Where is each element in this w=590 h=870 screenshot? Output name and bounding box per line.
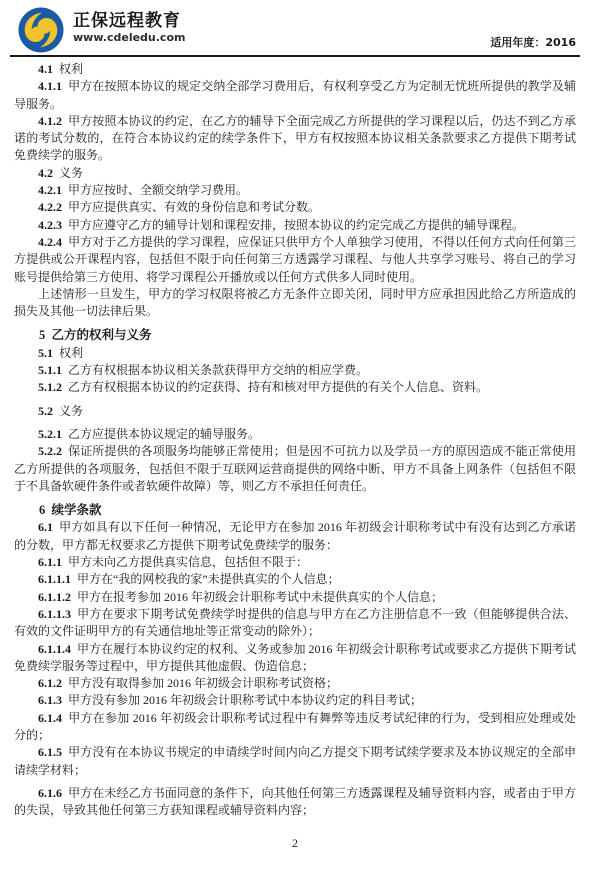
- clause-number: 5.1.1: [38, 363, 62, 377]
- clause-paragraph: 4.2 义务: [14, 165, 576, 182]
- clause-number: 6.1.3: [38, 693, 62, 707]
- applicable-year-label: 适用年度：2016: [490, 34, 576, 50]
- clause-paragraph: 上述情形一旦发生，甲方的学习权限将被乙方无条件立即关闭，同时甲方应承担因此给乙方…: [14, 286, 576, 321]
- brand-url: www.cdeledu.com: [73, 31, 185, 44]
- clause-paragraph: 5.1.1 乙方有权根据本协议相关条款获得甲方交纳的相应学费。: [14, 362, 576, 379]
- clause-paragraph: 4.1 权利: [14, 61, 576, 78]
- clause-paragraph: 5.2.1 乙方应提供本协议规定的辅导服务。: [14, 426, 576, 443]
- clause-number: 4.2.3: [38, 218, 62, 232]
- clause-number: 5.2: [38, 404, 53, 418]
- clause-paragraph: 6.1.4 甲方在参加 2016 年初级会计职称考试过程中有舞弊等违反考试纪律的…: [14, 710, 576, 745]
- clause-number: 4.2: [38, 166, 53, 180]
- clause-paragraph: 6.1.1.2 甲方在报考参加 2016 年初级会计职称考试中未提供真实的个人信…: [14, 589, 576, 606]
- brand-text: 正保远程教育 www.cdeledu.com: [73, 7, 185, 44]
- clause-number: 4.1: [38, 62, 53, 76]
- clause-paragraph: 4.2.3 甲方应遵守乙方的辅导计划和课程安排，按照本协议的约定完成乙方提供的辅…: [14, 217, 576, 234]
- clause-paragraph: 6.1.5 甲方没有在本协议书规定的申请续学时间内向乙方提交下期考试续学要求及本…: [14, 744, 576, 779]
- clause-number: 6.1.5: [38, 745, 62, 759]
- brand: 正保远程教育 www.cdeledu.com: [18, 7, 185, 53]
- clause-number: 6.1.1.1: [38, 572, 71, 586]
- document-body: 4.1 权利4.1.1 甲方在按照本协议的规定交纳全部学习费用后，有权利享受乙方…: [0, 57, 590, 819]
- brand-name: 正保远程教育: [73, 12, 185, 31]
- page-header: 正保远程教育 www.cdeledu.com 适用年度：2016: [0, 0, 590, 55]
- clause-number: 5.1.2: [38, 380, 62, 394]
- clause-paragraph: 6.1.1 甲方未向乙方提供真实信息，包括但不限于：: [14, 554, 576, 571]
- clause-number: 4.1.1: [38, 79, 62, 93]
- clause-paragraph: 6.1.2 甲方没有取得参加 2016 年初级会计职称考试资格；: [14, 675, 576, 692]
- clause-number: 6.1.1.2: [38, 590, 71, 604]
- clause-number: 6.1.6: [38, 786, 62, 800]
- clause-paragraph: 6.1 甲方如具有以下任何一种情况，无论甲方在参加 2016 年初级会计职称考试…: [14, 519, 576, 554]
- clause-paragraph: 6.1.1.3 甲方在要求下期考试免费续学时提供的信息与甲方在乙方注册信息不一致…: [14, 606, 576, 641]
- clause-number: 4.2.1: [38, 183, 62, 197]
- clause-number: 4.2.4: [38, 235, 62, 249]
- clause-paragraph: 6.1.1.1 甲方在“我的网校我的家”未提供真实的个人信息；: [14, 571, 576, 588]
- clause-paragraph: 4.2.1 甲方应按时、全额交纳学习费用。: [14, 182, 576, 199]
- clause-paragraph: 5.1 权利: [14, 345, 576, 362]
- page-footer: 2: [0, 834, 590, 852]
- clause-number: 4.2.2: [38, 200, 62, 214]
- section-heading: 6 续学条款: [14, 502, 576, 519]
- clause-number: 6.1.1.3: [38, 607, 71, 621]
- clause-number: 4.1.2: [38, 114, 62, 128]
- document-page: 正保远程教育 www.cdeledu.com 适用年度：2016 4.1 权利4…: [0, 0, 590, 870]
- clause-number: 6.1: [38, 520, 53, 534]
- clause-paragraph: 6.1.3 甲方没有参加 2016 年初级会计职称考试中本协议约定的科目考试；: [14, 692, 576, 709]
- clause-paragraph: 4.2.4 甲方对于乙方提供的学习课程，应保证只供甲方个人单独学习使用，不得以任…: [14, 234, 576, 286]
- clause-number: 6.1.1: [38, 555, 62, 569]
- clause-paragraph: 4.1.2 甲方按照本协议的约定，在乙方的辅导下全面完成乙方所提供的学习课程以后…: [14, 113, 576, 165]
- clause-paragraph: 5.1.2 乙方有权根据本协议的约定获得、持有和核对甲方提供的有关个人信息、资料…: [14, 379, 576, 396]
- clause-number: 5: [39, 328, 45, 342]
- brand-logo-icon: [18, 7, 64, 53]
- clause-paragraph: 6.1.6 甲方在未经乙方书面同意的条件下，向其他任何第三方透露课程及辅导资料内…: [14, 785, 576, 820]
- clause-number: 6.1.2: [38, 676, 62, 690]
- clause-number: 6.1.1.4: [38, 642, 71, 656]
- clause-paragraph: 6.1.1.4 甲方在履行本协议约定的权利、义务或参加 2016 年初级会计职称…: [14, 641, 576, 676]
- section-heading: 5 乙方的权利与义务: [14, 327, 576, 344]
- page-number: 2: [292, 836, 298, 851]
- clause-number: 6.1.4: [38, 711, 62, 725]
- clause-paragraph: 4.1.1 甲方在按照本协议的规定交纳全部学习费用后，有权利享受乙方为定制无忧班…: [14, 78, 576, 113]
- clause-number: 5.1: [38, 346, 53, 360]
- clause-number: 6: [39, 503, 45, 517]
- clause-number: 5.2.2: [38, 444, 62, 458]
- clause-number: 5.2.1: [38, 427, 62, 441]
- clause-paragraph: 4.2.2 甲方应提供真实、有效的身份信息和考试分数。: [14, 199, 576, 216]
- clause-paragraph: 5.2.2 保证所提供的各项服务均能够正常使用；但是因不可抗力以及学员一方的原因…: [14, 443, 576, 495]
- clause-paragraph: 5.2 义务: [14, 403, 576, 420]
